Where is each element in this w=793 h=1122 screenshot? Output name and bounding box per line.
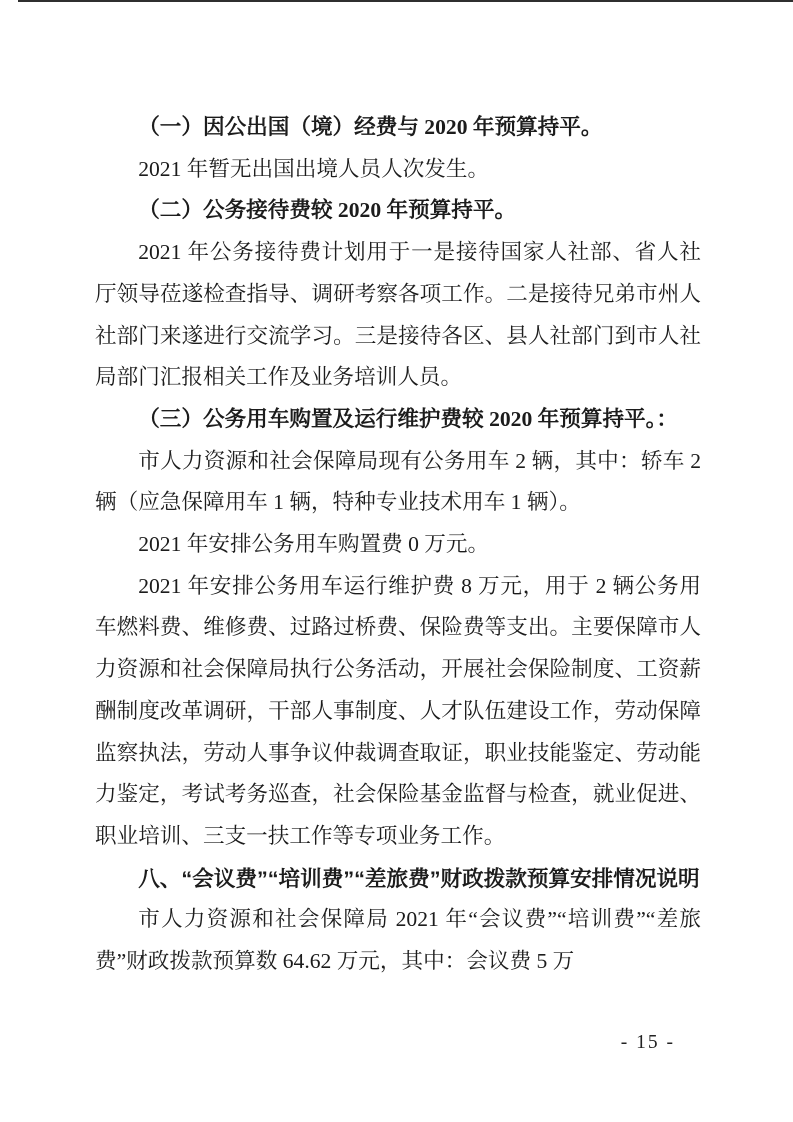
- paragraph: 2021 年公务接待费计划用于一是接待国家人社部、省人社厅领导莅遂检查指导、调研…: [95, 232, 701, 399]
- section-heading: （一）因公出国（境）经费与 2020 年预算持平。: [95, 107, 701, 149]
- scan-edge-artifact: [18, 0, 793, 2]
- paragraph: 市人力资源和社会保障局现有公务用车 2 辆，其中：轿车 2 辆（应急保障用车 1…: [95, 441, 701, 524]
- paragraph: 市人力资源和社会保障局 2021 年“会议费”“培训费”“差旅费”财政拨款预算数…: [95, 899, 701, 982]
- section-heading: （三）公务用车购置及运行维护费较 2020 年预算持平。：: [95, 399, 701, 441]
- section-heading: 八、“会议费”“培训费”“差旅费”财政拨款预算安排情况说明: [95, 858, 701, 900]
- document-body: （一）因公出国（境）经费与 2020 年预算持平。2021 年暂无出国出境人员人…: [95, 107, 701, 983]
- page-number: - 15 -: [0, 1030, 675, 1056]
- paragraph: 2021 年安排公务用车运行维护费 8 万元，用于 2 辆公务用车燃料费、维修费…: [95, 566, 701, 858]
- section-heading: （二）公务接待费较 2020 年预算持平。: [95, 190, 701, 232]
- paragraph: 2021 年安排公务用车购置费 0 万元。: [95, 524, 701, 566]
- document-page: （一）因公出国（境）经费与 2020 年预算持平。2021 年暂无出国出境人员人…: [0, 0, 793, 1122]
- paragraph: 2021 年暂无出国出境人员人次发生。: [95, 149, 701, 191]
